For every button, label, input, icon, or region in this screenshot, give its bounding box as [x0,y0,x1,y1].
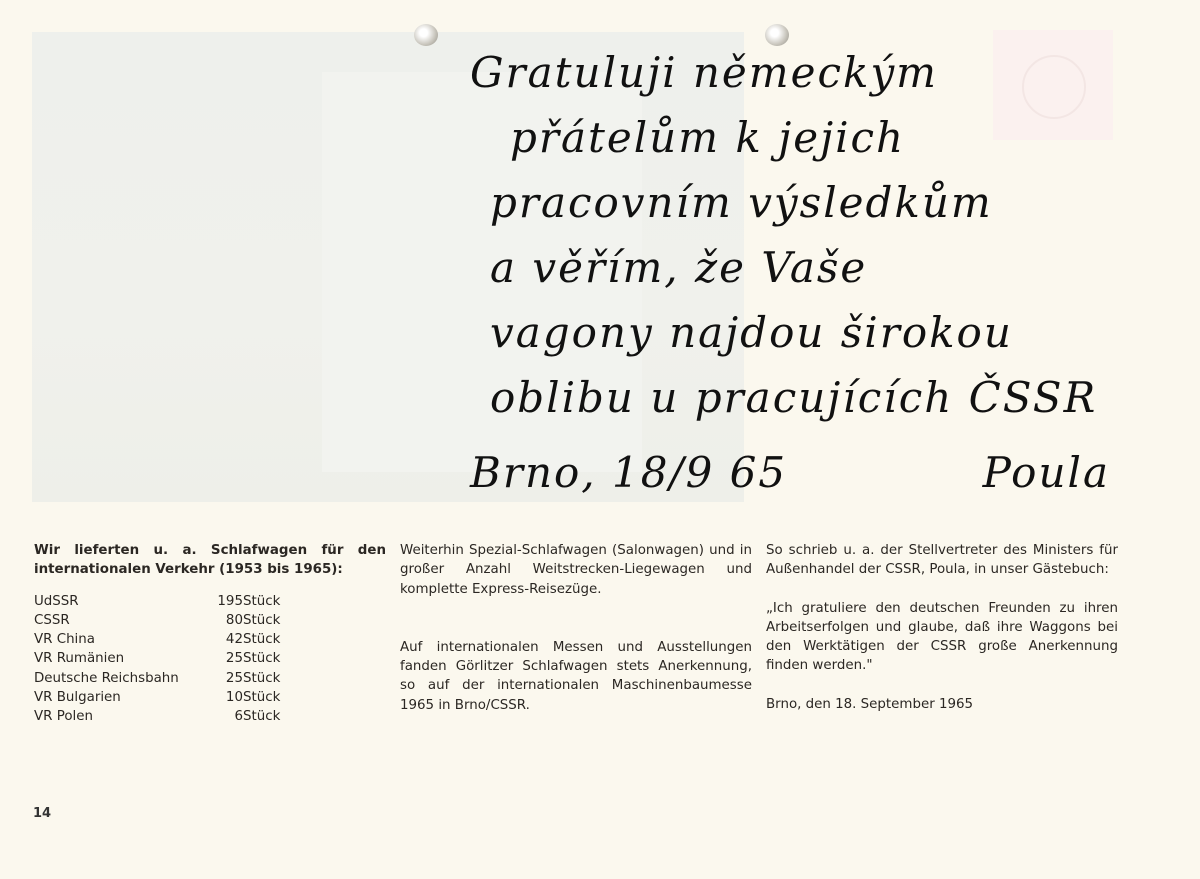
handwritten-line: Gratuluji německým [470,40,1150,105]
count-cell: 10 [193,688,243,707]
table-row: VR China42Stück [34,630,284,649]
deliveries-heading: Wir lieferten u. a. Schlafwagen für den … [34,541,386,580]
country-cell: UdSSR [34,592,193,611]
count-cell: 80 [193,611,243,630]
handwritten-date: Brno, 18/9 65 [470,440,787,505]
table-row: VR Bulgarien10Stück [34,688,284,707]
deliveries-table: UdSSR195Stück CSSR80Stück VR China42Stüc… [34,592,284,727]
guestbook-dateline: Brno, den 18. September 1965 [766,695,1118,714]
country-cell: VR Rumänien [34,649,193,668]
unit-cell: Stück [243,630,284,649]
handwritten-guestbook-entry: Gratuluji německým přátelům k jejich pra… [470,40,1150,505]
unit-cell: Stück [243,669,284,688]
guestbook-intro-paragraph: So schrieb u. a. der Stellvertreter des … [766,541,1118,580]
delivery-column: Wir lieferten u. a. Schlafwagen für den … [34,541,386,727]
handwritten-line: a věřím, že Vaše [470,235,1150,300]
guestbook-column: So schrieb u. a. der Stellvertreter des … [766,541,1118,714]
count-cell: 6 [193,707,243,726]
handwritten-line: přátelům k jejich [470,105,1150,170]
handwritten-line: pracovním výsledkům [470,170,1150,235]
table-row: VR Rumänien25Stück [34,649,284,668]
country-cell: CSSR [34,611,193,630]
guestbook-quote: „Ich gratuliere den deutschen Freunden z… [766,599,1118,676]
table-row: VR Polen6Stück [34,707,284,726]
unit-cell: Stück [243,611,284,630]
count-cell: 25 [193,649,243,668]
count-cell: 195 [193,592,243,611]
trade-fair-column: Weiterhin Spezial-Schlafwagen (Salonwage… [400,541,752,715]
unit-cell: Stück [243,707,284,726]
country-cell: VR Polen [34,707,193,726]
unit-cell: Stück [243,649,284,668]
trade-fair-paragraph: Auf internationalen Messen und Ausstellu… [400,638,752,715]
country-cell: Deutsche Reichsbahn [34,669,193,688]
table-row: Deutsche Reichsbahn25Stück [34,669,284,688]
binder-ring-icon [414,24,438,46]
country-cell: VR Bulgarien [34,688,193,707]
unit-cell: Stück [243,592,284,611]
handwritten-line: vagony najdou širokou [470,300,1150,365]
handwritten-signature: Poula [983,440,1110,505]
count-cell: 42 [193,630,243,649]
country-cell: VR China [34,630,193,649]
handwritten-line: oblibu u pracujících ČSSR [470,365,1150,430]
unit-cell: Stück [243,688,284,707]
count-cell: 25 [193,669,243,688]
special-wagons-paragraph: Weiterhin Spezial-Schlafwagen (Salonwage… [400,541,752,599]
table-row: CSSR80Stück [34,611,284,630]
table-row: UdSSR195Stück [34,592,284,611]
page-number: 14 [33,806,51,821]
